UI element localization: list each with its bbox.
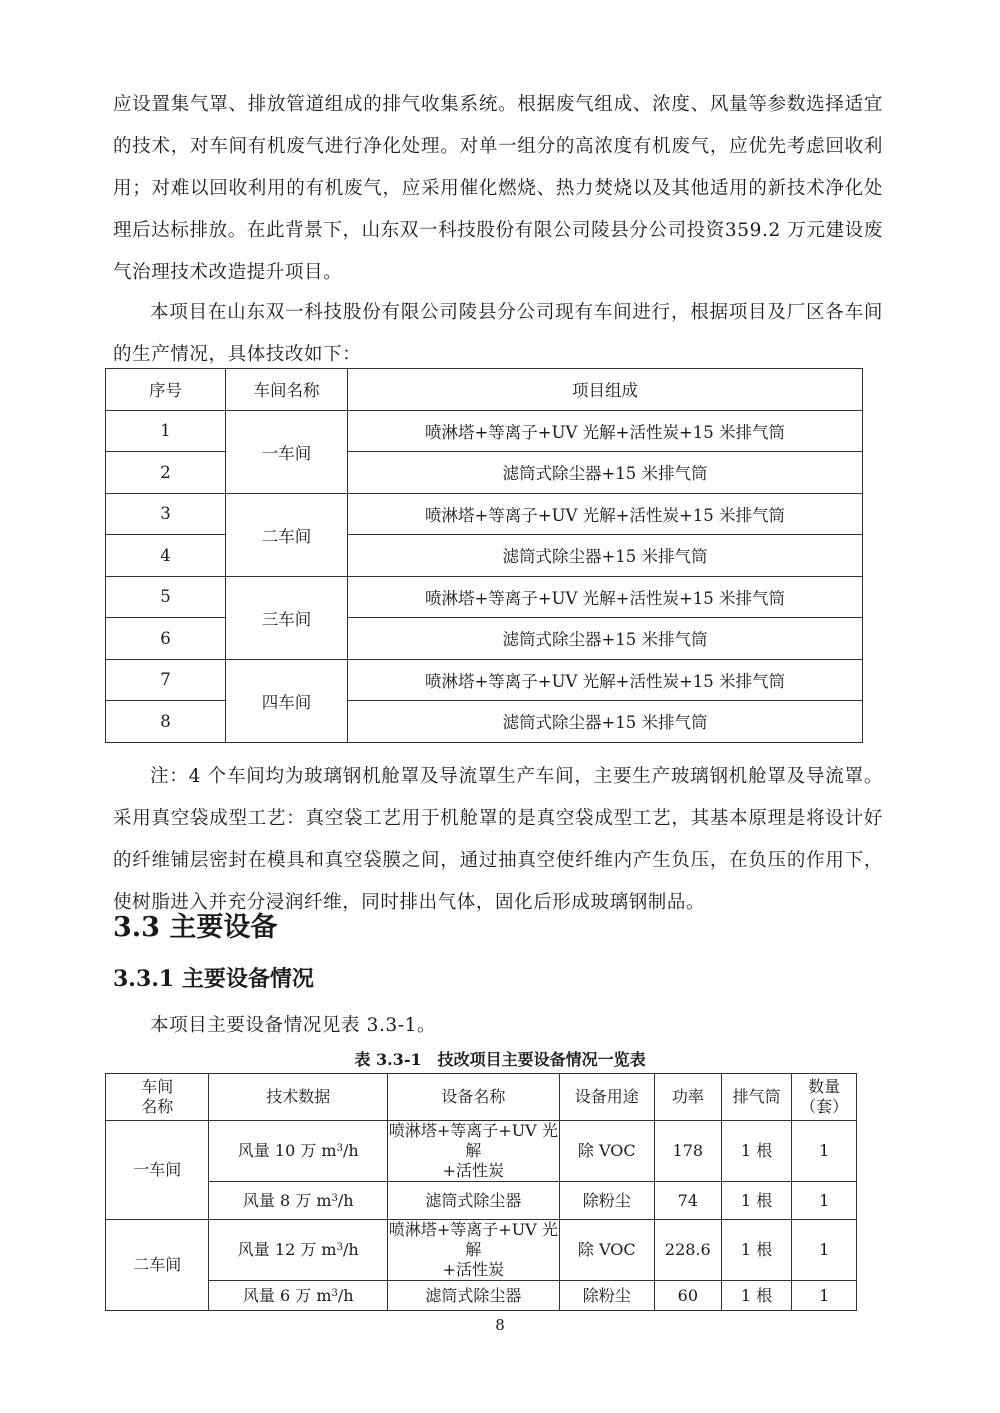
header-composition: 项目组成 [348,369,863,411]
table-row: 8 滤筒式除尘器+15 米排气筒 [106,701,863,743]
row-no: 7 [106,659,226,701]
workshop-name: 二车间 [106,1220,209,1311]
row-no: 6 [106,618,226,660]
row-no: 4 [106,535,226,577]
power: 228.6 [654,1220,721,1281]
table-caption: 表 3.3-1 技改项目主要设备情况一览表 [0,1047,1000,1070]
table-row: 5 三车间 喷淋塔+等离子+UV 光解+活性炭+15 米排气筒 [106,576,863,618]
row-no: 2 [106,452,226,494]
subsection-heading: 3.3.1 主要设备情况 [113,962,314,993]
header-no: 序号 [106,369,226,411]
tech-data: 风量 6 万 m3/h [209,1281,388,1311]
row-item: 滤筒式除尘器+15 米排气筒 [348,535,863,577]
row-item: 喷淋塔+等离子+UV 光解+活性炭+15 米排气筒 [348,493,863,535]
power: 178 [654,1121,721,1182]
stack: 1 根 [721,1281,792,1311]
workshop-name: 三车间 [226,576,348,659]
header-qty: 数量（套） [792,1074,857,1121]
paragraph-background: 应设置集气罩、排放管道组成的排气收集系统。根据废气组成、浓度、风量等参数选择适宜… [113,84,883,294]
power: 60 [654,1281,721,1311]
quantity: 1 [792,1182,857,1220]
quantity: 1 [792,1220,857,1281]
row-item: 喷淋塔+等离子+UV 光解+活性炭+15 米排气筒 [348,576,863,618]
paragraph-table-ref: 本项目主要设备情况见表 3.3-1。 [113,1005,883,1047]
row-no: 8 [106,701,226,743]
renovation-table: 序号 车间名称 项目组成 1 一车间 喷淋塔+等离子+UV 光解+活性炭+15 … [105,368,863,743]
row-item: 喷淋塔+等离子+UV 光解+活性炭+15 米排气筒 [348,410,863,452]
table-row: 7 四车间 喷淋塔+等离子+UV 光解+活性炭+15 米排气筒 [106,659,863,701]
row-item: 滤筒式除尘器+15 米排气筒 [348,618,863,660]
table-row: 3 二车间 喷淋塔+等离子+UV 光解+活性炭+15 米排气筒 [106,493,863,535]
power: 74 [654,1182,721,1220]
stack: 1 根 [721,1220,792,1281]
paragraph-project-intro: 本项目在山东双一科技股份有限公司陵县分公司现有车间进行，根据项目及厂区各车间的生… [113,292,883,376]
table-row: 4 滤筒式除尘器+15 米排气筒 [106,535,863,577]
workshop-name: 四车间 [226,659,348,742]
table-row: 二车间 风量 12 万 m3/h 喷淋塔+等离子+UV 光解+活性炭 除 VOC… [106,1220,857,1281]
quantity: 1 [792,1121,857,1182]
header-stack: 排气筒 [721,1074,792,1121]
equipment-name: 滤筒式除尘器 [388,1281,560,1311]
header-equipment: 设备名称 [388,1074,560,1121]
workshop-name: 一车间 [106,1121,209,1220]
document-page: 应设置集气罩、排放管道组成的排气收集系统。根据废气组成、浓度、风量等参数选择适宜… [0,0,1000,1413]
paragraph-note: 注：4 个车间均为玻璃钢机舱罩及导流罩生产车间，主要生产玻璃钢机舱罩及导流罩。采… [113,756,883,926]
equipment-table: 车间名称 技术数据 设备名称 设备用途 功率 排气筒 数量（套） 一车间 风量 … [105,1073,857,1311]
table-row: 一车间 风量 10 万 m3/h 喷淋塔+等离子+UV 光解+活性炭 除 VOC… [106,1121,857,1182]
equipment-name: 滤筒式除尘器 [388,1182,560,1220]
equipment-name: 喷淋塔+等离子+UV 光解+活性炭 [388,1121,560,1182]
tech-data: 风量 10 万 m3/h [209,1121,388,1182]
header-use: 设备用途 [559,1074,654,1121]
workshop-name: 二车间 [226,493,348,576]
equipment-use: 除 VOC [559,1220,654,1281]
table-row: 风量 6 万 m3/h 滤筒式除尘器 除粉尘 60 1 根 1 [106,1281,857,1311]
section-heading: 3.3 主要设备 [113,905,277,944]
row-no: 5 [106,576,226,618]
tech-data: 风量 12 万 m3/h [209,1220,388,1281]
row-item: 喷淋塔+等离子+UV 光解+活性炭+15 米排气筒 [348,659,863,701]
table-header-row: 序号 车间名称 项目组成 [106,369,863,411]
row-item: 滤筒式除尘器+15 米排气筒 [348,701,863,743]
header-workshop: 车间名称 [226,369,348,411]
row-no: 1 [106,410,226,452]
stack: 1 根 [721,1121,792,1182]
quantity: 1 [792,1281,857,1311]
header-workshop: 车间名称 [106,1074,209,1121]
table-row: 风量 8 万 m3/h 滤筒式除尘器 除粉尘 74 1 根 1 [106,1182,857,1220]
header-power: 功率 [654,1074,721,1121]
table-row: 6 滤筒式除尘器+15 米排气筒 [106,618,863,660]
workshop-name: 一车间 [226,410,348,493]
equipment-name: 喷淋塔+等离子+UV 光解+活性炭 [388,1220,560,1281]
equipment-use: 除粉尘 [559,1182,654,1220]
equipment-use: 除 VOC [559,1121,654,1182]
row-no: 3 [106,493,226,535]
row-item: 滤筒式除尘器+15 米排气筒 [348,452,863,494]
table-row: 1 一车间 喷淋塔+等离子+UV 光解+活性炭+15 米排气筒 [106,410,863,452]
table-row: 2 滤筒式除尘器+15 米排气筒 [106,452,863,494]
stack: 1 根 [721,1182,792,1220]
page-number: 8 [0,1316,1000,1334]
tech-data: 风量 8 万 m3/h [209,1182,388,1220]
table-header-row: 车间名称 技术数据 设备名称 设备用途 功率 排气筒 数量（套） [106,1074,857,1121]
equipment-use: 除粉尘 [559,1281,654,1311]
header-tech: 技术数据 [209,1074,388,1121]
